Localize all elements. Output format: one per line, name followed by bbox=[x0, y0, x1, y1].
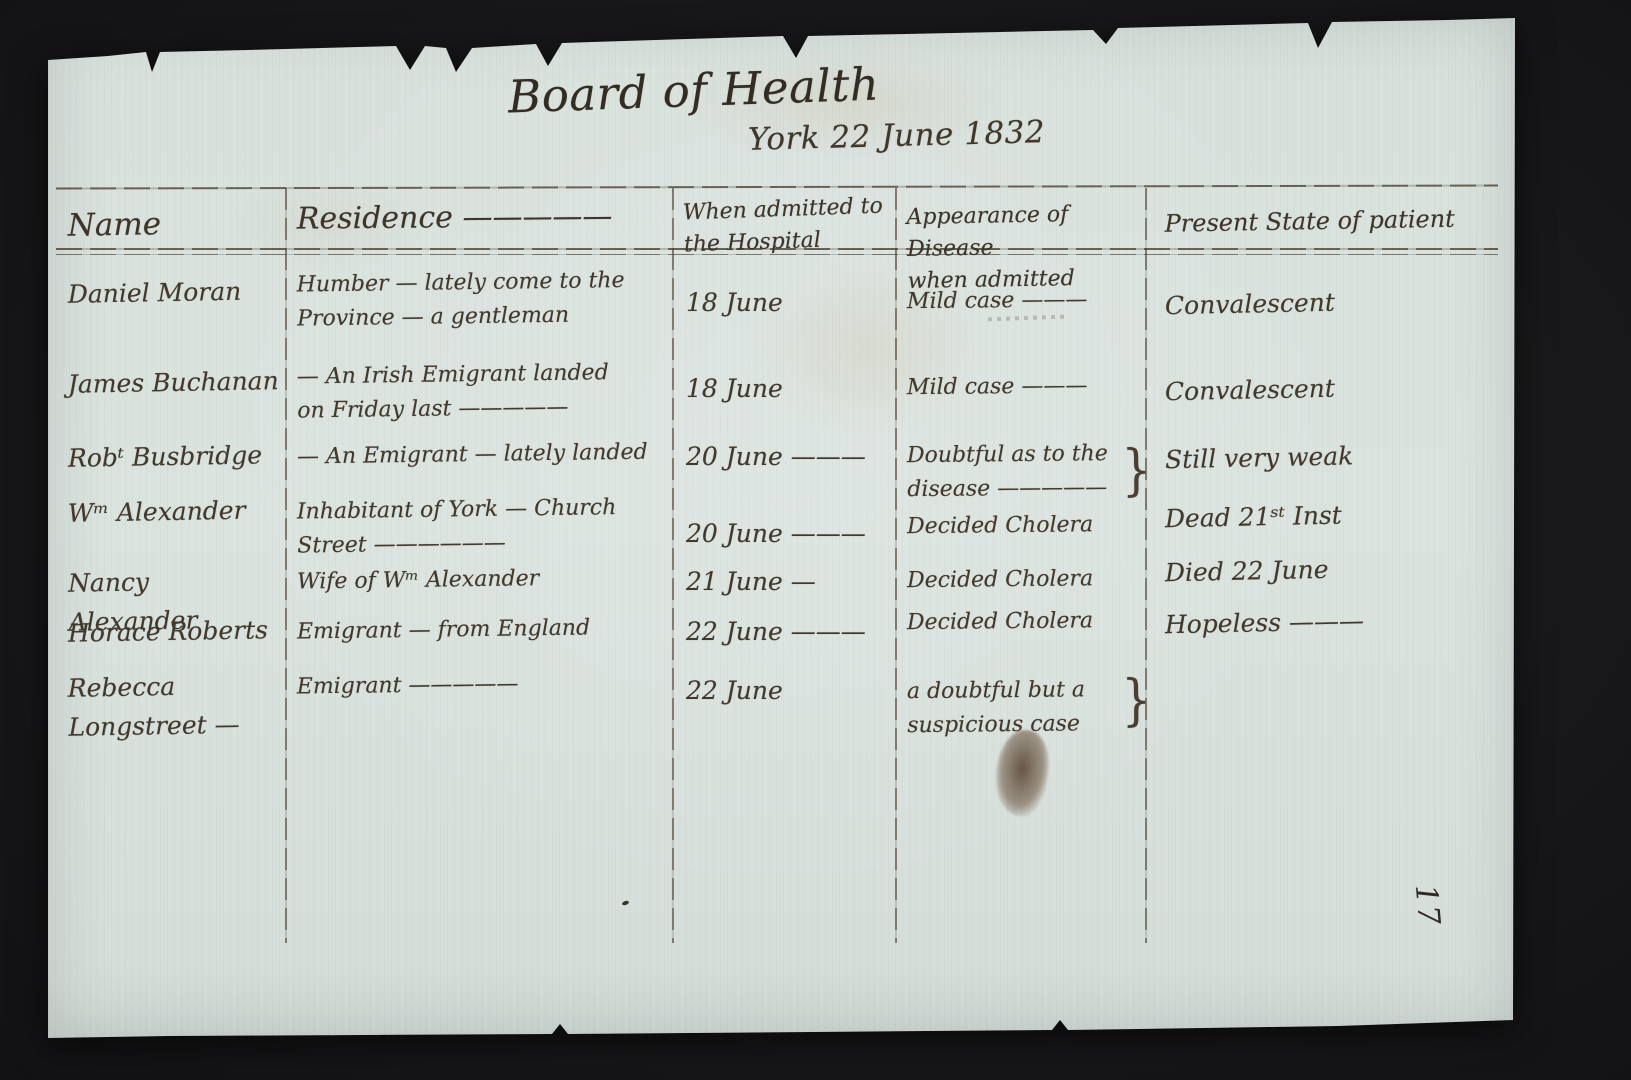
appearance-text: Decided Cholera bbox=[907, 608, 1093, 635]
cell-name: James Buchanan bbox=[55, 348, 285, 432]
cell-appearance: a doubtful but a suspicious case} bbox=[895, 659, 1146, 742]
table-header-row: Name Residence ————— When admitted to th… bbox=[56, 190, 1498, 248]
cell-residence: — An Irish Emigrant landed on Friday las… bbox=[284, 347, 672, 432]
appearance-text: Decided Cholera bbox=[907, 566, 1093, 593]
cell-residence: Inhabitant of York — Church Street —————… bbox=[285, 482, 673, 557]
appearance-text: Mild case ——— bbox=[907, 287, 1088, 314]
patient-register-table: Name Residence ————— When admitted to th… bbox=[56, 186, 1498, 943]
cell-name: Robᵗ Busbridge bbox=[56, 428, 286, 487]
page-number: 17 bbox=[1408, 883, 1447, 928]
cell-residence: Emigrant — from England bbox=[285, 602, 673, 662]
document-dateline: York 22 June 1832 bbox=[748, 114, 1046, 158]
desk-background: Board of Health York 22 June 1832 Name R… bbox=[0, 0, 1631, 1080]
appearance-text: Mild case ——— bbox=[907, 373, 1088, 400]
appearance-text: Decided Cholera bbox=[907, 512, 1093, 539]
appearance-text: a doubtful but a suspicious case bbox=[907, 677, 1085, 738]
cell-state: Still very weak bbox=[1144, 426, 1498, 488]
cell-admitted: 18 June bbox=[672, 258, 895, 350]
cell-residence: Humber — lately come to the Province — a… bbox=[284, 255, 672, 352]
cell-appearance: Mild case ——— bbox=[895, 257, 1146, 352]
cell-name: Wᵐ Alexander bbox=[55, 483, 285, 557]
table-body: Daniel Moran Humber — lately come to the… bbox=[56, 258, 1498, 740]
document-title: Board of Health bbox=[507, 58, 880, 124]
cell-admitted: 20 June ——— bbox=[672, 485, 895, 555]
cell-appearance: Doubtful as to the disease —————} bbox=[895, 429, 1146, 487]
cell-appearance: Decided Cholera bbox=[895, 596, 1146, 662]
cell-admitted: 22 June ——— bbox=[672, 605, 895, 660]
cell-name: Nancy Alexander bbox=[56, 553, 286, 607]
cell-admitted: 18 June bbox=[672, 350, 895, 430]
cell-appearance: Decided Cholera bbox=[895, 484, 1146, 557]
cell-admitted: 21 June — bbox=[672, 555, 895, 605]
paper-shadow-wrap: Board of Health York 22 June 1832 Name R… bbox=[48, 8, 1515, 1040]
cell-residence: Emigrant ————— bbox=[284, 657, 672, 742]
cell-state: Convalescent bbox=[1144, 254, 1499, 353]
cell-admitted: 20 June ——— bbox=[672, 430, 895, 485]
cell-appearance: Mild case ——— bbox=[895, 349, 1146, 432]
cell-residence: — An Emigrant — lately landed bbox=[285, 427, 673, 487]
cell-name: Daniel Moran bbox=[55, 256, 286, 352]
cell-name: Rebecca Longstreet — bbox=[55, 658, 285, 742]
document-page: Board of Health York 22 June 1832 Name R… bbox=[48, 8, 1515, 1040]
cell-state bbox=[1144, 656, 1499, 743]
cell-name: Horace Roberts bbox=[56, 603, 286, 662]
cell-admitted: 22 June bbox=[672, 660, 895, 740]
cell-residence: Wife of Wᵐ Alexander bbox=[285, 552, 673, 607]
cell-state: Hopeless ——— bbox=[1144, 591, 1498, 663]
cell-state: Convalescent bbox=[1144, 346, 1499, 433]
